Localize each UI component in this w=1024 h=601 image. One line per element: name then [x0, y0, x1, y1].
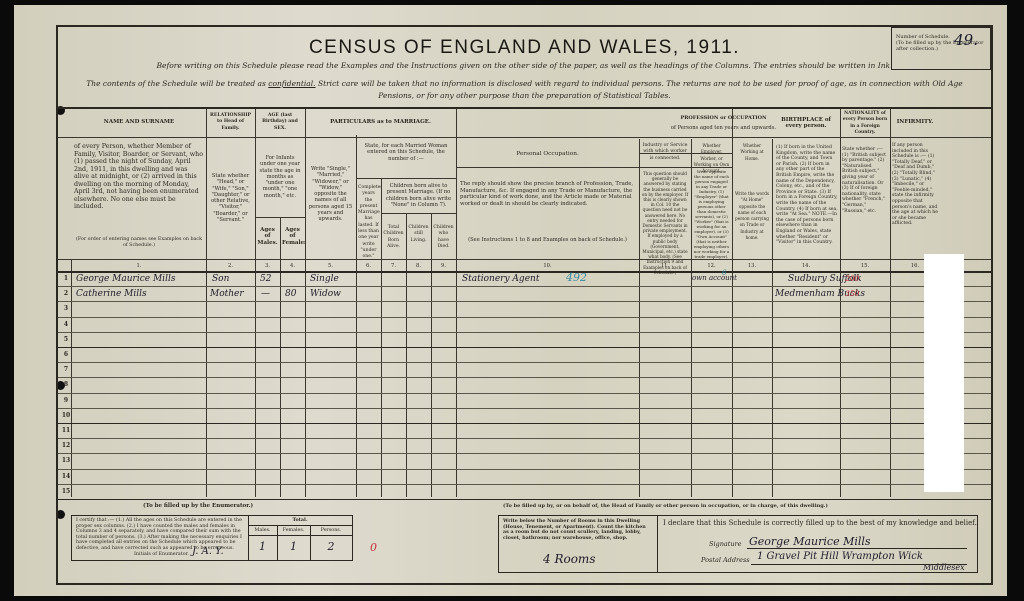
header-relationship-title: RELATIONSHIP to Head of Family.: [206, 111, 255, 134]
header-divider: [381, 213, 456, 214]
row-line: [58, 453, 991, 454]
document-title: CENSUS OF ENGLAND AND WALES, 1911.: [58, 37, 991, 59]
row-number: 15: [61, 488, 71, 495]
row-number: 14: [61, 473, 71, 480]
entry-occupation: Stationery Agent: [462, 274, 539, 284]
header-divider: [255, 217, 305, 218]
redaction-block: [924, 254, 964, 492]
census-table: NAME AND SURNAME of every Person, whethe…: [58, 107, 991, 497]
header-birthplace-title: BIRTHPLACE of every person.: [772, 115, 840, 132]
row-line: [58, 393, 991, 394]
row-line: [58, 377, 991, 378]
header-infirmity-body: If any person included in this Schedule …: [890, 141, 940, 229]
header-age-males: Ages of Males.: [255, 225, 280, 248]
column-number: 4.: [280, 261, 305, 271]
address-line: [751, 564, 967, 565]
header-age-females: Ages of Females.: [280, 225, 305, 248]
entry-employer-code: 6: [722, 269, 726, 277]
header-divider: [58, 271, 991, 273]
column-number: 1.: [72, 261, 206, 271]
entry-age-male: —: [261, 289, 270, 299]
males-total: 1: [248, 540, 277, 553]
header-name-body: of every Person, whether Member of Famil…: [72, 141, 206, 213]
confidential-word: confidential.: [268, 79, 315, 88]
enumerator-certification-box: I certify that :— (1.) All the ages on t…: [71, 515, 353, 561]
row-line: [58, 332, 991, 333]
column-number: 3.: [255, 261, 280, 271]
entry-relationship: Mother: [210, 289, 244, 299]
row-line: [58, 362, 991, 363]
header-infirmity-title: INFIRMITY.: [890, 117, 940, 127]
row-number: 4: [61, 321, 71, 328]
row-number: 8: [61, 381, 71, 388]
column-number: 15.: [840, 261, 890, 271]
row-line: [58, 286, 991, 287]
entry-condition: Widow: [310, 289, 341, 299]
persons-total: 2: [310, 540, 352, 553]
header-children-total: Total Children Born Alive.: [381, 223, 406, 252]
address-label: Postal Address: [701, 556, 750, 564]
header-personal-body: The reply should show the precise branch…: [458, 179, 637, 209]
header-industry: Industry or Service with which worker is…: [639, 141, 691, 164]
header-divider: [58, 259, 991, 260]
row-number: 7: [61, 366, 71, 373]
signature-label: Signature: [709, 540, 742, 548]
header-relationship-body: State whether "Head," or "Wife," "Son," …: [206, 171, 255, 225]
schedule-number-box: Number of Schedule. (To be filled up by …: [891, 27, 991, 70]
row-line: [58, 423, 991, 424]
header-home: Whether Working at Home.: [732, 141, 772, 164]
rooms-count: 4 Rooms: [543, 552, 595, 566]
header-employer-body: Write opposite the name of each person e…: [691, 167, 732, 261]
row-line: [58, 469, 991, 470]
row-number: 9: [61, 397, 71, 404]
red-check-mark: 0: [370, 541, 377, 554]
column-number: 10.: [456, 261, 639, 271]
signature: George Maurice Mills: [749, 535, 871, 548]
row-line: [58, 484, 991, 485]
census-schedule-page: CENSUS OF ENGLAND AND WALES, 1911. Befor…: [14, 5, 1007, 596]
schedule-number: 49.: [954, 31, 978, 49]
row-line: [58, 438, 991, 439]
row-number: 2: [61, 290, 71, 297]
postal-address: 1 Gravel Pit Hill Wrampton Wick: [757, 551, 923, 562]
column-divider: [431, 213, 432, 497]
column-divider: [406, 213, 407, 497]
household-caption: (To be filled up by, or on behalf of, th…: [503, 503, 828, 509]
household-declaration-box: Write below the Number of Rooms in this …: [498, 515, 978, 573]
entry-birthplace-code: 200: [845, 274, 859, 283]
footer-section: (To be filled up by the Enumerator.) I c…: [58, 497, 991, 583]
header-marriage-years: Completed years the present Marriage has…: [356, 183, 381, 263]
males-label: Males.: [248, 528, 277, 534]
header-marriage-children: Children born alive to present Marriage.…: [381, 181, 456, 210]
header-personal-occupation: Personal Occupation.: [456, 149, 639, 159]
females-label: Females.: [277, 528, 310, 534]
header-children-died: Children who have Died.: [431, 223, 456, 252]
column-number: 7.: [381, 261, 406, 271]
row-number: 6: [61, 351, 71, 358]
entry-age-male: 52: [260, 274, 271, 284]
totals-rule: [248, 525, 352, 526]
row-line: [58, 317, 991, 318]
header-birthplace-body: (1) If born in the United Kingdom, write…: [774, 143, 840, 248]
column-number: 9.: [431, 261, 456, 271]
females-total: 1: [277, 540, 310, 553]
header-divider: [356, 178, 456, 179]
header-nationality-title: NATIONALITY of every Person born in a Fo…: [840, 109, 890, 138]
declaration-text: I declare that this Schedule is correctl…: [663, 519, 977, 527]
column-number: 5.: [305, 261, 356, 271]
entry-occupation-code: 492: [566, 271, 587, 284]
row-line: [58, 347, 991, 348]
header-home-body: Write the words "At Home" opposite the n…: [732, 189, 772, 243]
column-number: 8.: [406, 261, 431, 271]
entry-condition: Single: [310, 274, 339, 284]
row-number: 10: [61, 412, 71, 419]
header-name-title: NAME AND SURNAME: [72, 117, 206, 127]
row-number: 3: [61, 305, 71, 312]
header-age-title: AGE (last Birthday) and SEX.: [255, 111, 305, 134]
enumerator-initials: J. A. Y.: [192, 546, 224, 557]
row-number: 5: [61, 336, 71, 343]
enumerator-initials-label: Initials of Enumerator.: [134, 552, 189, 558]
entry-name: Catherine Mills: [76, 289, 147, 299]
instruction-line: Before writing on this Schedule please r…: [58, 61, 991, 70]
confidential-notice: The contents of the Schedule will be tre…: [68, 78, 981, 102]
totals-label: Total.: [248, 518, 352, 524]
header-marriage-state: State, for each Married Woman entered on…: [356, 141, 456, 164]
row-line: [58, 408, 991, 409]
persons-label: Persons.: [310, 528, 352, 534]
column-divider: [772, 139, 773, 497]
entry-age-female: 80: [285, 289, 296, 299]
column-number: 11.: [639, 261, 691, 271]
entry-relationship: Son: [212, 274, 229, 284]
column-number: 14.: [772, 261, 840, 271]
totals-rule: [248, 535, 352, 536]
rooms-instruction: Write below the Number of Rooms in this …: [503, 519, 653, 541]
header-marriage-condition: Write "Single," "Married," "Widower," or…: [305, 164, 356, 225]
enumerator-caption: (To be filled up by the Enumerator.): [143, 503, 253, 509]
row-number: 1: [61, 275, 71, 282]
header-personal-note: (See Instructions 1 to 8 and Examples on…: [456, 235, 639, 245]
confidential-suffix: Strict care will be taken that no inform…: [318, 79, 963, 100]
box-divider: [657, 516, 658, 572]
header-children-living: Children still Living.: [406, 223, 431, 246]
row-number: 13: [61, 457, 71, 464]
signature-line: [747, 548, 967, 549]
row-number: 11: [61, 427, 71, 434]
entry-name: George Maurice Mills: [76, 274, 175, 284]
header-age-body: For Infants under one year state the age…: [255, 153, 305, 201]
header-marriage-title: PARTICULARS as to MARRIAGE.: [305, 117, 456, 127]
header-name-note: (For order of entering names see Example…: [72, 235, 206, 252]
column-number: 13.: [732, 261, 772, 271]
form-frame: CENSUS OF ENGLAND AND WALES, 1911. Befor…: [56, 25, 993, 585]
column-number: 2.: [206, 261, 255, 271]
column-number: 6.: [356, 261, 381, 271]
row-line: [58, 301, 991, 302]
entry-employer: own account: [692, 274, 737, 282]
confidential-prefix: The contents of the Schedule will be tre…: [86, 79, 266, 88]
header-nationality-body: State whether :— (1) "British subject by…: [840, 145, 890, 216]
row-number: 12: [61, 442, 71, 449]
entry-birthplace-code: 350: [845, 289, 859, 298]
